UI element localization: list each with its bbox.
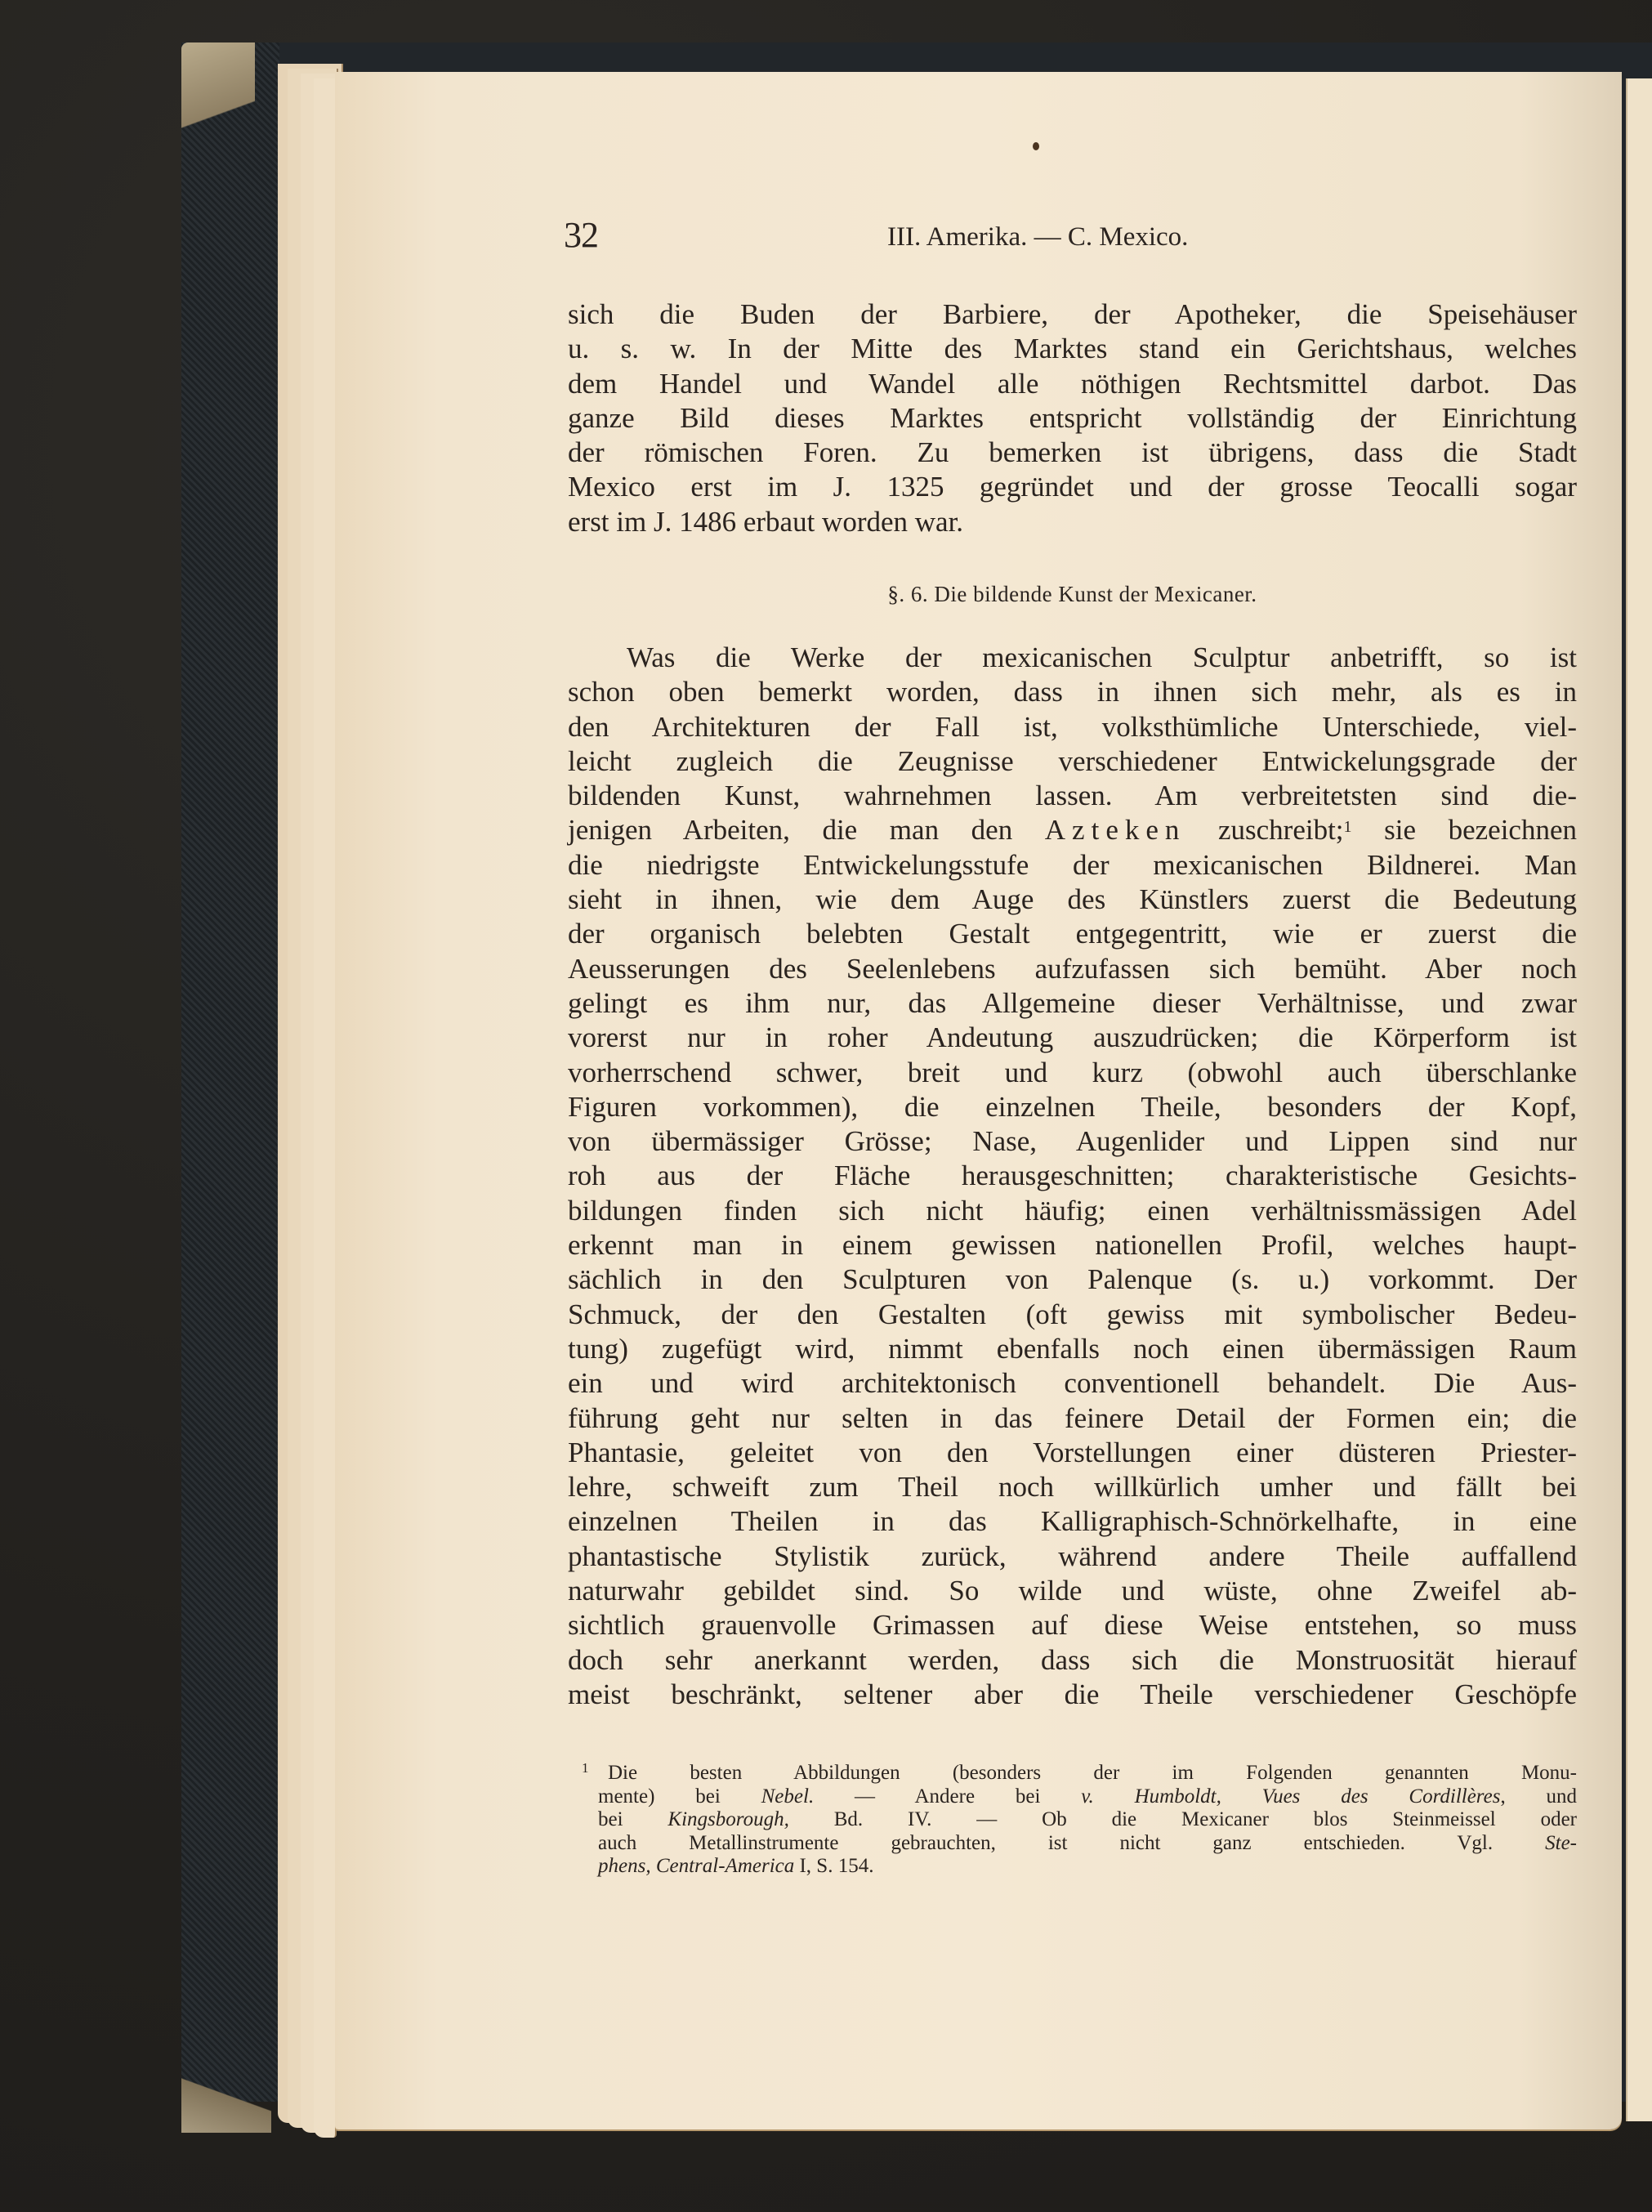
text-line: führung geht nur selten in das feinere D…	[568, 1401, 1577, 1436]
text-line: sieht in ihnen, wie dem Auge des Künstle…	[568, 883, 1577, 917]
footnote-line: Die besten Abbildungen (besonders der im…	[598, 1762, 1577, 1785]
text-line: einzelnen Theilen in das Kalligraphisch-…	[568, 1504, 1577, 1539]
text-line: erkennt man in einem gewissen nationelle…	[568, 1228, 1577, 1262]
text-line: von übermässiger Grösse; Nase, Augenlide…	[568, 1124, 1577, 1159]
body-text-main: Was die Werke der mexicanischen Sculptur…	[568, 641, 1577, 1712]
footnote-marker: 1	[582, 1760, 589, 1776]
footnote-line: auch Metallinstrumente gebrauchten, ist …	[598, 1832, 1577, 1856]
citation-italic: Ste-	[1545, 1832, 1577, 1854]
section-heading: §. 6. Die bildende Kunst der Mexicaner.	[568, 582, 1577, 607]
text-line: vorherrschend schwer, breit und kurz (ob…	[568, 1056, 1577, 1090]
text-line: Aeusserungen des Seelenlebens aufzufasse…	[568, 952, 1577, 986]
facing-page-edge	[1626, 78, 1652, 2121]
text-line: vorerst nur in roher Andeutung auszudrüc…	[568, 1021, 1577, 1055]
text-line: phantastische Stylistik zurück, während …	[568, 1539, 1577, 1574]
text-line: doch sehr anerkannt werden, dass sich di…	[568, 1643, 1577, 1678]
footnote-line: bei Kingsborough, Bd. IV. — Ob die Mexic…	[598, 1808, 1577, 1832]
running-header: III. Amerika. — C. Mexico.	[887, 222, 1188, 252]
text-line: Schmuck, der den Gestalten (oft gewiss m…	[568, 1298, 1577, 1332]
text-line: schon oben bemerkt worden, dass in ihnen…	[568, 675, 1577, 709]
worn-corner-bottom	[181, 2067, 271, 2133]
text-line: leicht zugleich die Zeugnisse verschiede…	[568, 744, 1577, 779]
text-line: ein und wird architektonisch conventione…	[568, 1366, 1577, 1401]
footnote-line: phens, Central-America I, S. 154.	[598, 1855, 1577, 1879]
citation-italic: Kingsborough,	[667, 1808, 788, 1830]
footnote-line: mente) bei Nebel. — Andere bei v. Humbol…	[598, 1785, 1577, 1809]
text-line: Figuren vorkommen), die einzelnen Theile…	[568, 1090, 1577, 1124]
footnote-reference[interactable]: 1	[1344, 818, 1352, 836]
text-line: Mexico erst im J. 1325 gegründet und der…	[568, 470, 1577, 504]
text-line: Was die Werke der mexicanischen Sculptur…	[568, 641, 1577, 675]
citation-italic: phens, Central-America	[598, 1855, 794, 1877]
text-line: sich die Buden der Barbiere, der Apothek…	[568, 297, 1577, 332]
text-line: naturwahr gebildet sind. So wilde und wü…	[568, 1574, 1577, 1608]
text-line: den Architekturen der Fall ist, volksthü…	[568, 710, 1577, 744]
text-line: der römischen Foren. Zu bemerken ist übr…	[568, 436, 1577, 470]
citation-italic: v. Humboldt, Vues des Cordillères	[1081, 1785, 1500, 1808]
body-text-top: sich die Buden der Barbiere, der Apothek…	[568, 297, 1577, 539]
text-line: u. s. w. In der Mitte des Marktes stand …	[568, 332, 1577, 366]
text-line: Phantasie, geleitet von den Vorstellunge…	[568, 1436, 1577, 1470]
text-line: sächlich in den Sculpturen von Palenque …	[568, 1262, 1577, 1297]
text-line: dem Handel und Wandel alle nöthigen Rech…	[568, 367, 1577, 401]
text-line: tung) zugefügt wird, nimmt ebenfalls noc…	[568, 1332, 1577, 1366]
text-line: bildenden Kunst, wahrnehmen lassen. Am v…	[568, 779, 1577, 813]
spaced-emphasis: Azteken	[1045, 814, 1186, 846]
text-line: erst im J. 1486 erbaut worden war.	[568, 505, 1577, 539]
page-stack-edge	[314, 78, 337, 2138]
text-line: gelingt es ihm nur, das Allgemeine diese…	[568, 986, 1577, 1021]
text-line: die niedrigste Entwickelungsstufe der me…	[568, 848, 1577, 883]
page-number: 32	[564, 214, 598, 256]
text-line: der organisch belebten Gestalt entgegent…	[568, 917, 1577, 951]
text-line: lehre, schweift zum Theil noch willkürli…	[568, 1470, 1577, 1504]
text-line: meist beschränkt, seltener aber die Thei…	[568, 1678, 1577, 1712]
text-line: sichtlich grauenvolle Grimassen auf dies…	[568, 1608, 1577, 1642]
worn-corner-top	[181, 42, 255, 157]
text-line: roh aus der Fläche herausgeschnitten; ch…	[568, 1159, 1577, 1193]
text-line: jenigen Arbeiten, die man den Azteken zu…	[568, 813, 1577, 847]
text-line: ganze Bild dieses Marktes entspricht vol…	[568, 401, 1577, 436]
paper-stain	[1033, 142, 1039, 150]
footnotes: 1Die besten Abbildungen (besonders der i…	[598, 1762, 1577, 1879]
book-binding	[181, 42, 279, 2102]
citation-italic: Nebel.	[761, 1785, 815, 1808]
text-line: bildungen finden sich nicht häufig; eine…	[568, 1194, 1577, 1228]
